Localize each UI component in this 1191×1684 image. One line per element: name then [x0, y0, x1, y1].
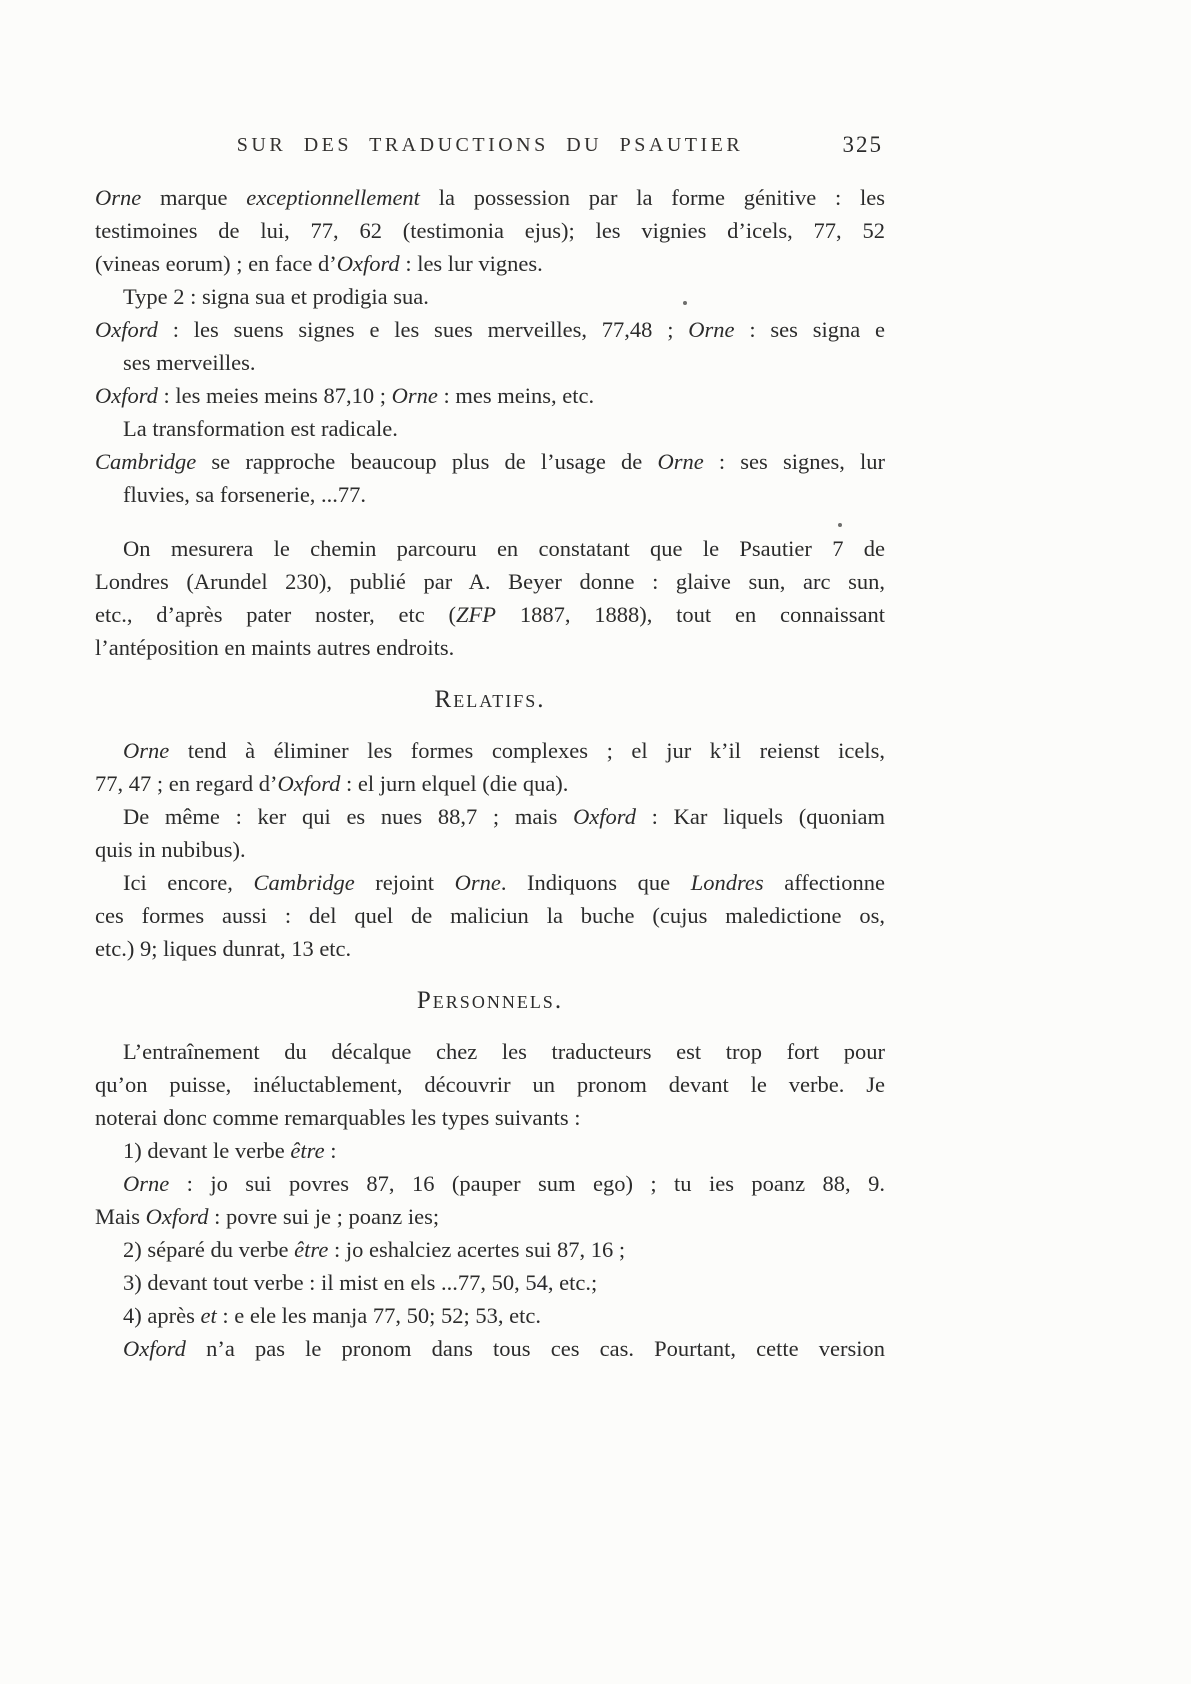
text-line: noterai donc comme remarquables les type…: [95, 1101, 885, 1134]
text-line: Cambridge se rapproche beaucoup plus de …: [95, 445, 885, 478]
text-line: La transformation est radicale.: [95, 412, 885, 445]
text-line: 77, 47 ; en regard d’Oxford : el jurn el…: [95, 767, 885, 800]
text-line: ses merveilles.: [95, 346, 885, 379]
text-line: etc., d’après pater noster, etc (ZFP 188…: [95, 598, 885, 631]
book-page-scan: SUR DES TRADUCTIONS DU PSAUTIER 325 Orne…: [0, 0, 1191, 1684]
text-line: L’entraînement du décalque chez les trad…: [95, 1035, 885, 1068]
print-speck: [683, 301, 687, 305]
text-line: Londres (Arundel 230), publié par A. Bey…: [95, 565, 885, 598]
text-line: Mais Oxford : povre sui je ; poanz ies;: [95, 1200, 885, 1233]
text-line: Orne marque exceptionnellement la posses…: [95, 181, 885, 214]
text-line: Oxford : les suens signes e les sues mer…: [95, 313, 885, 346]
body-text: Orne marque exceptionnellement la posses…: [95, 181, 885, 1365]
text-line: 3) devant tout verbe : il mist en els ..…: [95, 1266, 885, 1299]
text-line: Oxford n’a pas le pronom dans tous ces c…: [95, 1332, 885, 1365]
text-line: etc.) 9; liques dunrat, 13 etc.: [95, 932, 885, 965]
text-line: Type 2 : signa sua et prodigia sua.: [95, 280, 885, 313]
text-line: ces formes aussi : del quel de maliciun …: [95, 899, 885, 932]
text-line: (vineas eorum) ; en face d’Oxford : les …: [95, 247, 885, 280]
text-line: quis in nubibus).: [95, 833, 885, 866]
text-column: SUR DES TRADUCTIONS DU PSAUTIER 325 Orne…: [95, 134, 885, 1365]
text-line: Oxford : les meies meins 87,10 ; Orne : …: [95, 379, 885, 412]
text-line: De même : ker qui es nues 88,7 ; mais Ox…: [95, 800, 885, 833]
text-line: testimoines de lui, 77, 62 (testimonia e…: [95, 214, 885, 247]
running-header-title: SUR DES TRADUCTIONS DU PSAUTIER: [95, 134, 885, 157]
text-line: fluvies, sa forsenerie, ...77.: [95, 478, 885, 511]
text-line: 1) devant le verbe être :: [95, 1134, 885, 1167]
text-line: 2) séparé du verbe être : jo eshalciez a…: [95, 1233, 885, 1266]
text-line: On mesurera le chemin parcouru en consta…: [95, 532, 885, 565]
text-line: Orne tend à éliminer les formes complexe…: [95, 734, 885, 767]
text-line: Orne : jo sui povres 87, 16 (pauper sum …: [95, 1167, 885, 1200]
print-speck: [838, 523, 842, 527]
page-number: 325: [843, 132, 884, 158]
section-heading: Personnels.: [95, 984, 885, 1017]
text-line: l’antéposition en maints autres endroits…: [95, 631, 885, 664]
text-line: qu’on puisse, inéluctablement, découvrir…: [95, 1068, 885, 1101]
text-line: 4) après et : e ele les manja 77, 50; 52…: [95, 1299, 885, 1332]
page-header: SUR DES TRADUCTIONS DU PSAUTIER 325: [95, 134, 885, 164]
text-line: Ici encore, Cambridge rejoint Orne. Indi…: [95, 866, 885, 899]
section-heading: Relatifs.: [95, 683, 885, 716]
